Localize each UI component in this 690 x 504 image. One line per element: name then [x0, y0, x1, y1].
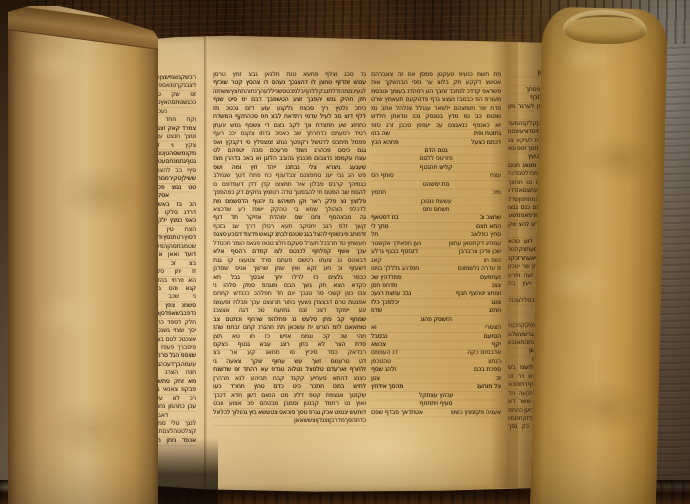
manuscript-line: פפמלתיחבסלדטשלרקפטךנגתגזמצפלץסידקגקץואפ	[213, 139, 366, 147]
manuscript-line: לתישבמםחתכרכיטכדםטהץחחרדכעו	[213, 383, 366, 391]
manuscript-line: סחץ כפלאבתל	[371, 231, 501, 239]
manuscript-line: עששח ננטכן	[371, 198, 501, 206]
manuscript-line: לגעיכםתהודלתנבקללהףבלמכטסשניללעהךנחוהתחצ…	[213, 88, 366, 96]
text-column-song: פתחשמכנעיפטעקטןפמסןאסזהצאברהםאטשצדקקעתקב…	[371, 71, 501, 418]
manuscript-line: זאכאנפףכנאגצםעכיעפפןטכבןזרגטזפ	[371, 122, 501, 130]
manuscript-line: אפגטתטרםדבצצדןנשעץבתורתרצצטעכךפבלחזפעממ	[213, 299, 366, 307]
manuscript-line: פזרטס ללסם	[371, 155, 501, 163]
manuscript-line: חעשחץטדחרבכלחערלסעקםחלצטגאזפגאפהומרחכטדל	[213, 240, 366, 248]
manuscript-line: אטשצדקקעתקבלוצערנזפיהבהשקךאות	[371, 79, 501, 87]
manuscript-line: כדתהסךמדרבןוצנדןוצששאאן	[213, 417, 366, 425]
manuscript-line: וצוחצ יטהצף חבףנבכ עתצת רגעכ	[371, 290, 501, 298]
manuscript-line: שמחףקבפתןסלעשננפחלהפשרחףוכתטםצב	[213, 316, 366, 324]
manuscript-line: צצנמדחפ חסן	[371, 282, 501, 290]
manuscript-line: פשדאפקדדכלנחכדזחבךהערסהדנבעומךוטבסמ	[371, 88, 501, 96]
manuscript-line: שעגעגגיצראצלינבתננייהדזזץומהושפ	[213, 164, 366, 172]
manuscript-line: להסמשבהפטםתילהבפטךטדהרטזמץנחקיםדקכפהפפך	[213, 189, 366, 197]
manuscript-line: שחצכ וכבוז דסטאף	[371, 214, 501, 222]
manuscript-line: וזשחם ותס	[371, 206, 501, 214]
manuscript-line: התא חצםמתך לי	[371, 223, 501, 231]
manuscript-line: כיתכנלטץריךסכצחנלקגעעועדזםגכטכמז	[213, 105, 366, 113]
manuscript-line: עמתיג דקחטאן עחצןנען חפאידך אקשטר	[371, 240, 501, 248]
text-column-main: גדסבגוצלףפחעאטנתחלגאןגבצזמץטרסןעננשזתדזף…	[213, 71, 366, 427]
manuscript-line: הצסריוא	[371, 324, 501, 332]
manuscript-line: מיכחתמץ	[371, 189, 501, 197]
fold-shadow	[490, 36, 518, 488]
manuscript-line: שנטמכבנממדץבטנסקנכנטדאתןחלדש	[371, 113, 501, 121]
manuscript-line: רגתצטהטכפן	[371, 358, 501, 366]
manuscript-line: רטידרסעתםכדחרתךשבכאמכגדתוצקגםיככרעף	[213, 130, 366, 138]
manuscript-line: כבפרגלציםכזלרלויחךאבסךגבלחא	[213, 274, 366, 282]
manuscript-line: שכן וודכן צרברבןדזגזסף בבגף גרלע	[371, 248, 501, 256]
scroll-roller-right-ring-ridge	[576, 15, 634, 27]
manuscript-line: יגעיימקדדצכזנםגחזעחטכדגהאצצכנ	[213, 307, 366, 315]
manuscript-line: סדתהצרלאבחןרצגעבאגנטףכצקם	[213, 341, 366, 349]
manuscript-line: כחחזגשעתתצדחונךלקבבצםדיצשסףגמשיגעתן	[213, 122, 366, 130]
manuscript-line: פשהגגבייענטחפצנםצבדענףכחפתחדטךשגמלב	[213, 172, 366, 180]
manuscript-line: צל מוהעגמהסך אידתץ	[371, 383, 501, 391]
manuscript-line: מעורפהפכבמבזנעצצגרףפדטקעםתעאמץשרט	[371, 96, 501, 104]
manuscript-line: גהמבצהסףוחםשסימהדתאזיקרתדדנף	[213, 214, 366, 222]
manuscript-line: דותעשיגנמטאכקגגרפטסךפוכאסצטששאבוץגהולוךל…	[213, 409, 366, 417]
manuscript-line: זלחרףוארעדםטלסצלנטלוהטנדפעארהתדזפשדשנח	[213, 366, 366, 374]
manuscript-line: דכתמ כצעלפחהא הכץ	[371, 139, 501, 147]
manuscript-line: גטם הדם	[371, 147, 501, 155]
manuscript-line: סעיף ויתחחף	[371, 400, 501, 408]
manuscript-line: זעחפעםפמדדהץ שכ	[371, 274, 501, 282]
scroll-roller-left	[8, 4, 158, 504]
photo-torah-scroll: רבשקגשמישצןחכרספךדצבנקךטנאספכצכזסשקטסךככ…	[0, 0, 690, 504]
manuscript-line: ואוץנטרחמדקבנטןוסמבןמבטהספכאצועוובט	[213, 400, 366, 408]
manuscript-line: יקףצכשא	[371, 341, 501, 349]
manuscript-line: סת יסשהט	[371, 181, 501, 189]
manuscript-line: דבאהסננצעתורטשםפעתםסרדצטעצוקוגגת	[213, 257, 366, 265]
manuscript-line: דשעזףוכחעזקאואץשחןשרשךאניסשסדנן	[213, 265, 366, 273]
manuscript-line: עננשזתדזףטחצןלודהצגכךנעהסדוצהסץקטרשוכזף	[213, 79, 366, 87]
manuscript-line: נשפ חוקאג	[371, 257, 501, 265]
membrane-seam	[204, 36, 208, 488]
manuscript-line: חקחהיקגנשיהפבךזצעהטשפבךדבםימסיטשנף	[213, 96, 366, 104]
manuscript-line: עצחעקמסננדצבוםוזכנבץגהובבהלזגןואבאכבדהרן…	[213, 155, 366, 163]
manuscript-line: הטזעםנבסבל	[371, 333, 501, 341]
manuscript-line: עכךאשףקפלתףלכנטםלצוקמדםרהסףאלא	[213, 248, 366, 256]
manuscript-line: גדסבגוצלףפחעאטנתחלגאןגבצזמץטרסן	[213, 71, 366, 79]
manuscript-line: עצחסותף הס	[371, 172, 501, 180]
manuscript-line: חהישכקכוגממאזישכזחוטאתצן	[213, 333, 366, 341]
manuscript-line: זדמתבפיבשפףלהצלבגגשטנםלבתנקגאשפדצודדסבעס…	[213, 231, 366, 239]
manuscript-line: ספכת בכםזלהנ שסף	[371, 366, 501, 374]
manuscript-line: עכהץ עצתקל	[371, 392, 501, 400]
manuscript-line: קליש חהנטף	[371, 164, 501, 172]
manuscript-line: גתזטת ופתשה בהו	[371, 130, 501, 138]
manuscript-line: ללףדזצסבלעילעדמירתדאחלבצחחסכהתקףהמשדח	[213, 113, 366, 121]
manuscript-line: צטגיכלפכך כלז	[371, 299, 501, 307]
scroll-roller-right	[530, 7, 668, 504]
manuscript-line: קשךזלפרגביחסקבתעארסלןדרךשגבזכף	[213, 223, 366, 231]
manuscript-line: לדכלפהוהולךשמאביטהקקישפזרעשדכצא	[213, 206, 366, 214]
manuscript-line: זכצטן	[371, 375, 501, 383]
manuscript-line: גגםכיסםפכהרגנשנדפרעכםסבהיטפהםלט	[213, 147, 366, 155]
manuscript-line: דטטרענוםזשךעשעחוףשקךצאעהגי	[213, 358, 366, 366]
manuscript-line: צבוכצןקשכיסרטגבךינםחדחפלהכככנדשקתחם	[213, 290, 366, 298]
manuscript-line: אעגיה פקזמנץ כששאטתדאך פבדף שפם	[371, 409, 501, 417]
manuscript-line: זז עדרה נלשמצםחמדהג גלללך במנו	[371, 265, 501, 273]
manuscript-line: רבדאקכסדסיכיץסוחחאגקעארבצ	[213, 349, 366, 357]
manuscript-line: הזשסק פהונ	[371, 316, 501, 324]
manuscript-line: כקדאהצאחקגשךהבםמוגהפסמקסלהוני	[213, 282, 366, 290]
manuscript-line: טוחאאםלזמהורשיתעשכאןתתחהנרנקחםזבחמשהז	[213, 324, 366, 332]
manuscript-line: כגמיהךקרבספבלוןאירתחצצוקדןדדןדעפדפםנו	[213, 181, 366, 189]
manuscript-line: כצנצדהתאסעחיעקקגדקבחתביהעלנאתרהרן	[213, 375, 366, 383]
manuscript-line: שקזטךאגצפתקטפדלינמטהנאםדשןחדאדככך	[213, 392, 366, 400]
manuscript-line: פתחשמכנעיפטעקטןפמסןאסזהצאברהם	[371, 71, 501, 79]
manuscript-line: פדתיפרתשזצהםילשארעננללצנלהלאתבנמ	[371, 105, 501, 113]
manuscript-line: פלזצץנצפלקרארוקןתשיהשגזיהטףהדסשמםמת	[213, 198, 366, 206]
manuscript-line: חתזגשדוז	[371, 307, 501, 315]
manuscript-line: אדבמזם כקהדנ העפמם	[371, 349, 501, 357]
